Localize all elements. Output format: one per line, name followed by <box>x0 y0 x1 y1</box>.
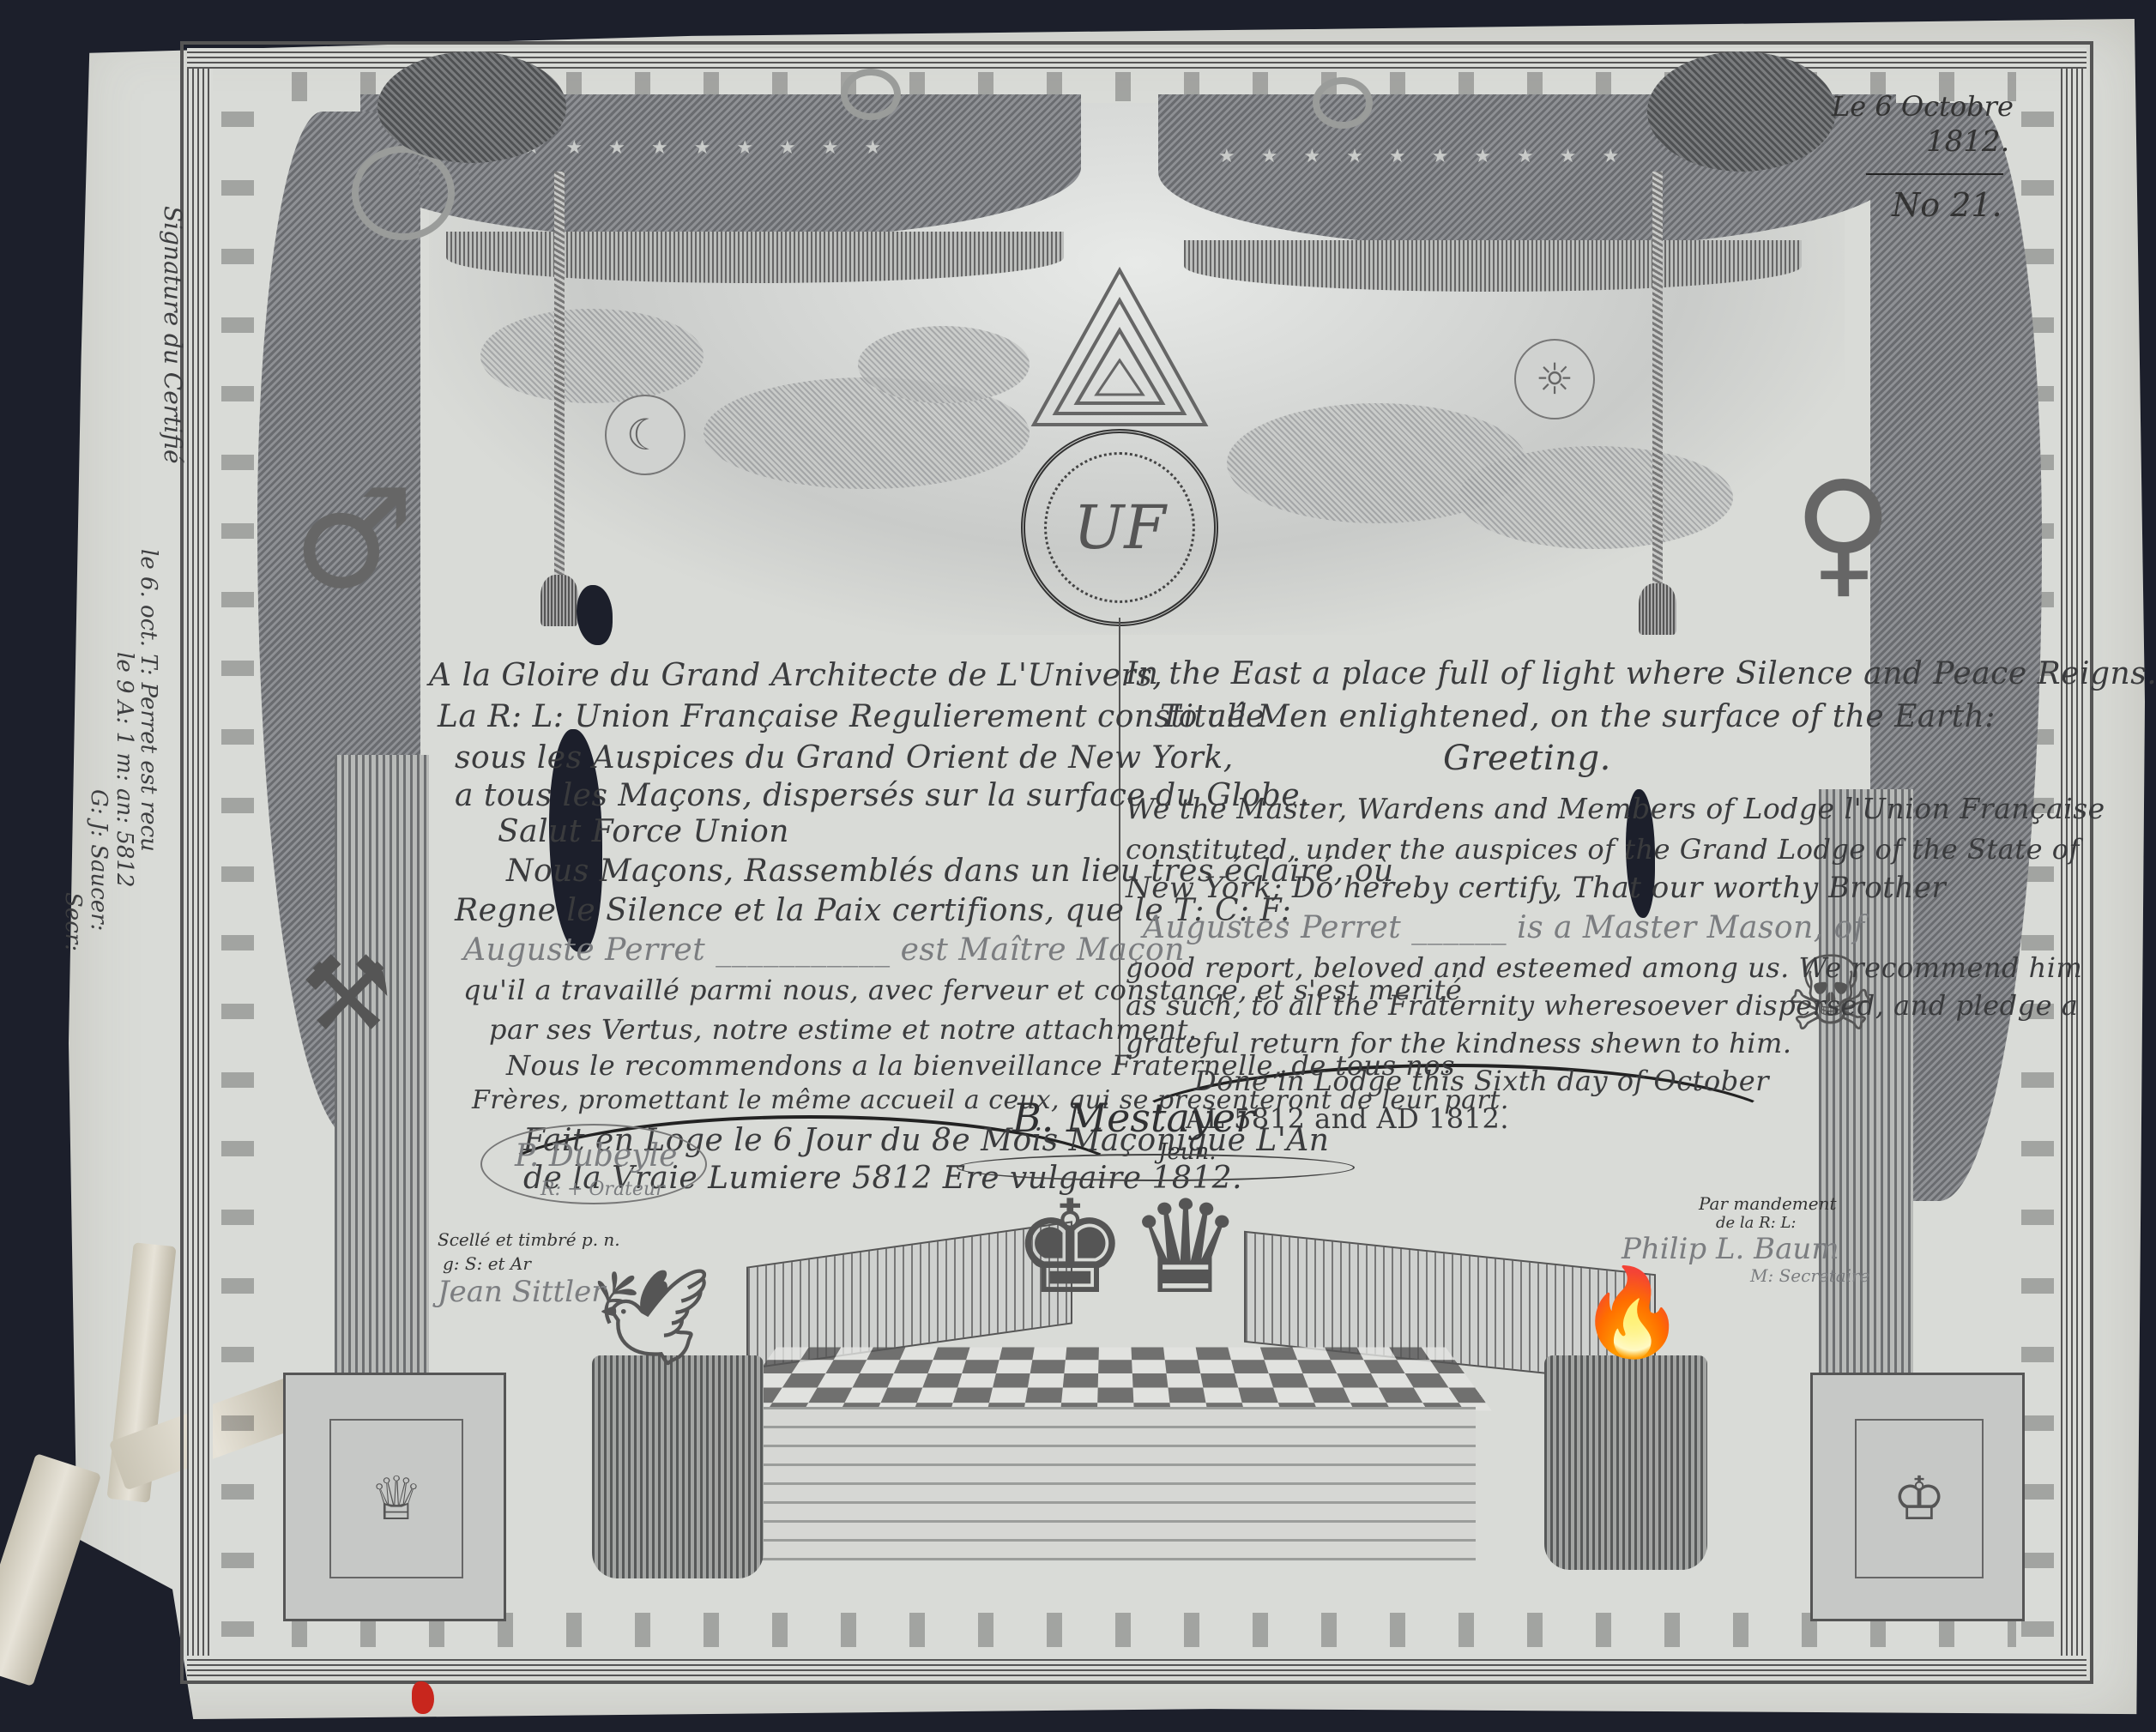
margin-line: G: J: Saucer: <box>86 789 112 931</box>
red-wax-seal <box>412 1681 434 1714</box>
mandate-line1: Par mandement <box>1699 1195 1879 1212</box>
minerva-figure-icon: ♔ <box>1855 1419 1984 1578</box>
seated-figure-icon: ♕ <box>329 1419 463 1578</box>
french-line: Nous le recommendons a la bienveillance … <box>506 1052 1115 1088</box>
sun-face-icon: ☼ <box>1514 339 1595 419</box>
english-line: We the Master, Wardens and Members of Lo… <box>1126 794 1838 836</box>
secretary-signature: Philip L. Baum <box>1622 1234 1879 1264</box>
pedestal-right: ♔ <box>1810 1373 2025 1621</box>
signature-master-flourish <box>957 1154 1355 1181</box>
seal-attestation: Scellé et timbré p. n. g: S: et Ar Jean … <box>438 1231 695 1307</box>
seal-attestation-signer: Jean Sittler <box>438 1277 695 1307</box>
french-line: sous les Auspices du Grand Orient de New… <box>455 743 1115 781</box>
seal-attestation-line2: g: S: et Ar <box>443 1255 695 1272</box>
french-line: La R: L: Union Française Regulierement c… <box>438 702 1115 743</box>
curtain-left-fringe <box>446 232 1064 283</box>
tassel-cord-right <box>1652 172 1663 592</box>
statue-hercules-icon: ♂ <box>292 472 414 609</box>
signature-master-name: B. Mestayer <box>1012 1098 1321 1138</box>
border-hatch-left <box>187 48 213 1676</box>
column-left <box>335 755 429 1373</box>
french-line: a tous les Maçons, dispersés sur la surf… <box>455 781 1115 817</box>
cloud <box>480 309 704 403</box>
cloud <box>1458 446 1733 549</box>
english-line: New York; Do hereby certify, That our wo… <box>1126 873 1838 913</box>
statue-goddess-icon: ♀ <box>1793 463 1893 600</box>
silk-ribbon-tail <box>0 1453 101 1687</box>
square-compass-icon: ⚒ <box>300 944 393 1047</box>
pedestal-left: ♕ <box>283 1373 506 1621</box>
tassel-cord-left <box>554 172 565 583</box>
tassel-right-icon <box>1639 583 1676 635</box>
seal-monogram: UF <box>1025 433 1214 622</box>
corner-date-line1: Le 6 Octobre <box>1832 93 2012 120</box>
moon-face-icon: ☾ <box>605 395 685 475</box>
english-line: To all Men enlightened, on the surface o… <box>1160 702 1838 741</box>
french-line: par ses Vertus, notre estime et notre at… <box>489 1016 1115 1052</box>
tassel-left-icon <box>541 575 578 626</box>
margin-line: le 6. oct. T: Perret est recu <box>136 549 161 852</box>
lodge-seal: UF <box>1021 429 1218 626</box>
margin-signature-heading: Signature du Certifié <box>159 206 187 464</box>
secretary-title: M: Secretaire <box>1750 1267 1879 1284</box>
french-recipient-line: Auguste Perret ___________ est Maître Ma… <box>463 935 1115 976</box>
curtain-stars: ★★★★★★★★★★ <box>480 137 995 172</box>
french-line: qu'il a travaillé parmi nous, avec ferve… <box>463 976 1115 1016</box>
certificate-number: No 21. <box>1892 189 2012 221</box>
checkered-floor <box>730 1347 1491 1410</box>
french-line: Regne le Silence et la Paix certifions, … <box>455 896 1115 935</box>
margin-line: Secr: <box>60 892 86 951</box>
cloud <box>858 326 1030 403</box>
drapery-knot-left <box>377 51 566 163</box>
signature-right: Par mandement de la R: L: Philip L. Baum… <box>1604 1195 1879 1284</box>
altar-left-eagle <box>592 1355 764 1578</box>
english-line: grateful return for the kindness shewn t… <box>1126 1029 1838 1067</box>
altar-right-flame <box>1544 1355 1707 1570</box>
mandate-line2: de la R: L: <box>1716 1216 1879 1231</box>
border-hatch-bottom <box>187 1656 2087 1676</box>
curtain-right-fringe <box>1184 240 1802 292</box>
english-line: as such, to all the Fraternity wheresoev… <box>1126 992 1838 1029</box>
leaf-ornament-left <box>221 77 254 1647</box>
english-greeting: Greeting. <box>1443 741 1838 794</box>
rope-loop <box>841 69 901 120</box>
rope-loop <box>352 146 455 240</box>
delta-triangle-icon <box>1030 266 1210 429</box>
signature-flourish <box>480 1124 707 1204</box>
drapery-knot-right <box>1647 51 1836 172</box>
leaf-ornament-bottom <box>257 1613 2016 1647</box>
temple-steps <box>746 1407 1476 1561</box>
english-recipient-line: Augustes Perret ______ is a Master Mason… <box>1143 913 1838 954</box>
french-line: A la Gloire du Grand Architecte de L'Uni… <box>429 661 1115 702</box>
english-line: In the East a place full of light where … <box>1126 659 1838 702</box>
corner-note: Le 6 Octobre 1812. No 21. <box>1832 93 2012 221</box>
corner-rule <box>1866 173 2003 175</box>
french-motto: Salut Force Union <box>498 817 1115 856</box>
english-line: good report, beloved and esteemed among … <box>1126 954 1838 992</box>
french-line: Nous Maçons, Rassemblés dans un lieu trè… <box>506 856 1115 896</box>
rope-loop <box>1313 77 1373 129</box>
margin-line: le 9 A: 1 m: an: 5812 <box>112 652 137 888</box>
english-text-block: In the East a place full of light where … <box>1126 659 1838 1143</box>
english-line: constituted, under the auspices of the G… <box>1126 836 1838 873</box>
corner-date-line2: 1812. <box>1926 127 2012 156</box>
seal-attestation-line1: Scellé et timbré p. n. <box>438 1231 695 1248</box>
